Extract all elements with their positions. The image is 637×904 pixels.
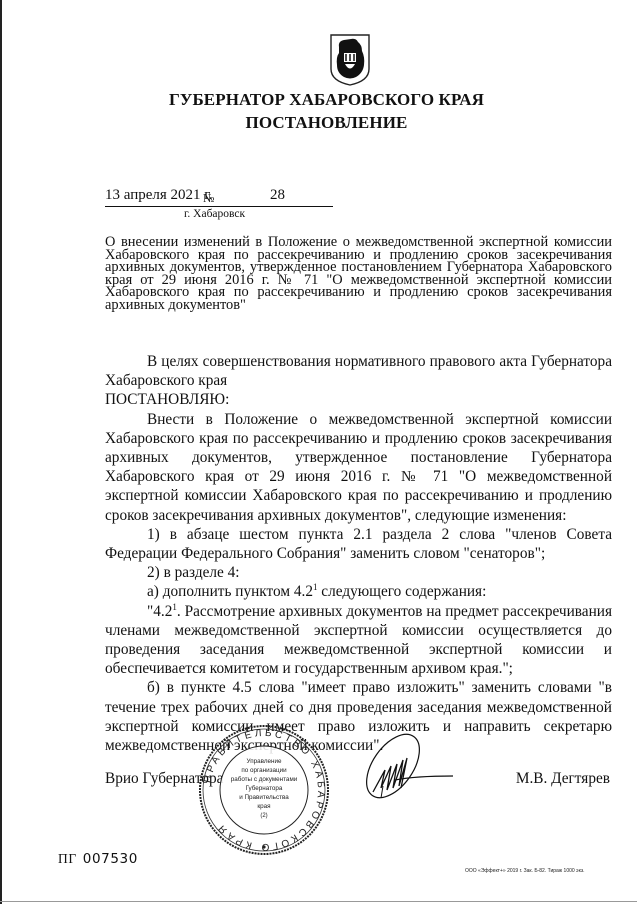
document-number: 28 [270, 187, 285, 204]
quoted-clause: "4.21. Рассмотрение архивных документов … [105, 602, 612, 679]
number-sign: № [203, 191, 214, 206]
document-type: ПОСТАНОВЛЕНИЕ [8, 113, 637, 133]
signatory-name: М.В. Дегтярев [516, 770, 610, 788]
svg-text:Губернатора: Губернатора [246, 784, 283, 792]
coat-of-arms-icon [329, 33, 371, 87]
city: г. Хабаровск [184, 208, 245, 220]
form-serial-number: ПГ007530 [58, 851, 138, 867]
document-body: В целях совершенствования нормативного п… [105, 352, 612, 755]
item-2: 2) в разделе 4: [105, 563, 612, 582]
intro-paragraph: Внести в Положение о межведомственной эк… [105, 410, 612, 525]
document-title: О внесении изменений в Положение о межве… [105, 236, 612, 312]
svg-text:и Правительства: и Правительства [239, 794, 289, 801]
scan-edge [0, 901, 637, 902]
registration-block: 13 апреля 2021 г. № 28 г. Хабаровск [105, 186, 333, 207]
issuing-authority: ГУБЕРНАТОР ХАБАРОВСКОГО КРАЯ [8, 90, 637, 110]
decree-word: ПОСТАНОВЛЯЮ: [105, 390, 612, 409]
svg-text:края: края [257, 803, 270, 810]
official-stamp-icon: ПРАВИТЕЛЬСТВО ХАБАРОВСКОГО КРАЯ Управлен… [197, 723, 331, 857]
preamble: В целях совершенствования нормативного п… [105, 352, 612, 390]
document-date: 13 апреля 2021 г. [105, 187, 213, 204]
item-1: 1) в абзаце шестом пункта 2.1 раздела 2 … [105, 525, 612, 563]
handwritten-signature-icon [355, 730, 455, 802]
svg-text:по организации: по организации [241, 767, 287, 774]
scan-edge [0, 0, 2, 904]
svg-text:(2): (2) [260, 813, 267, 819]
svg-text:Управление: Управление [246, 758, 282, 765]
item-2a: а) дополнить пунктом 4.21 следующего сод… [105, 582, 612, 601]
svg-text:работы с документами: работы с документами [231, 775, 298, 783]
printer-note: ООО «Эффект+» 2019 г. Зак. Б-82. Тираж 1… [465, 868, 585, 874]
